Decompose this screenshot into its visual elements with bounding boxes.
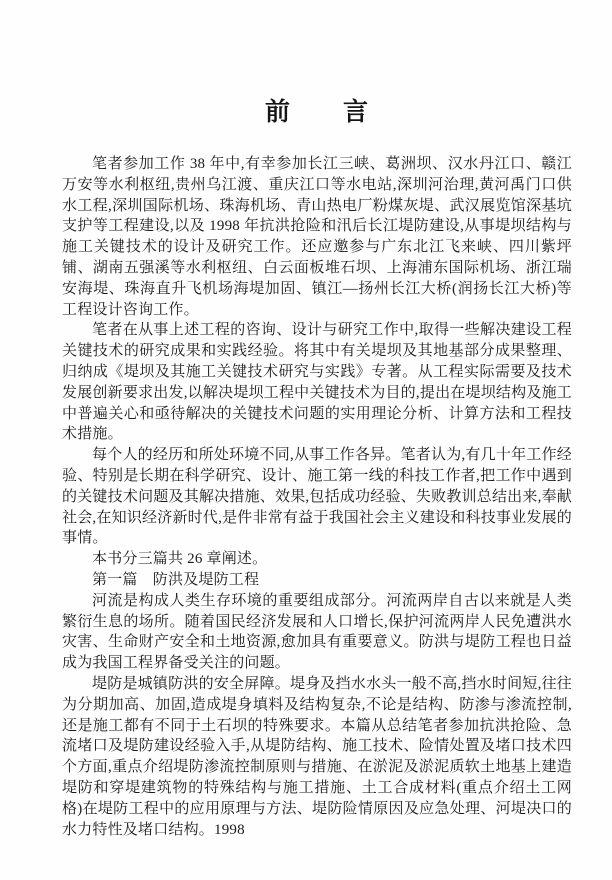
- knowledge-sharing-paragraph: 每个人的经历和所处环境不同,从事工作各异。笔者认为,有几十年工作经验、特别是长期…: [62, 445, 572, 549]
- book-origin-paragraph: 笔者在从事上述工程的咨询、设计与研究工作中,取得一些解决建设工程关键技术的研究成…: [62, 320, 572, 445]
- career-projects-paragraph: 笔者参加工作 38 年中,有幸参加长江三峡、葛洲坝、汉水丹江口、赣江万安等水利枢…: [62, 154, 572, 320]
- page-title: 前 言: [62, 98, 572, 128]
- dike-engineering-paragraph: 堤防是城镇防洪的安全屏障。堤身及挡水水头一般不高,挡水时间短,往往为分期加高、加…: [62, 674, 572, 840]
- rivers-importance-paragraph: 河流是构成人类生存环境的重要组成部分。河流两岸自古以来就是人类繁衍生息的场所。随…: [62, 591, 572, 674]
- preface-body: 笔者参加工作 38 年中,有幸参加长江三峡、葛洲坝、汉水丹江口、赣江万安等水利枢…: [62, 154, 572, 840]
- book-structure-line: 本书分三篇共 26 章阐述。: [62, 549, 572, 570]
- part-one-heading: 第一篇 防洪及堤防工程: [62, 570, 572, 591]
- preface-page: 前 言 笔者参加工作 38 年中,有幸参加长江三峡、葛洲坝、汉水丹江口、赣江万安…: [0, 0, 612, 880]
